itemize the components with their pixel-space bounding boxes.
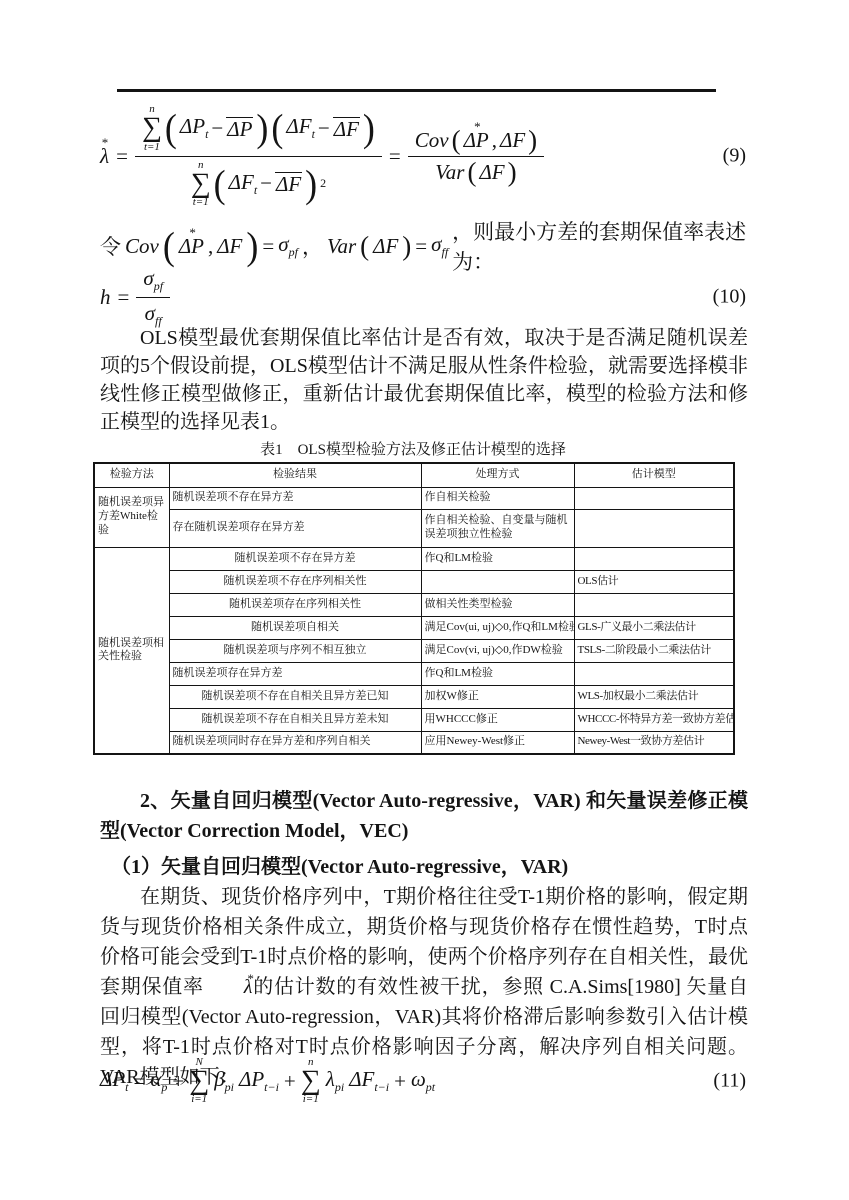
cov-definition-line: 令 Cov ( *ΔP , ΔF ) = σpf ， Var ( ΔF ) = … [100,222,748,270]
equals-sign: = [389,144,401,169]
equation-10: h = σpf σff (10) [100,270,748,324]
mean-overline: ΔP [226,117,253,140]
method-group-1: 随机误差项异方差White检验 [94,487,169,547]
star-mark: * [189,225,196,241]
delta-p-star: *ΔP [464,128,489,153]
minus-sign: − [260,171,272,196]
cov-function: Cov [415,128,449,153]
equals-sign: = [116,144,128,169]
sum-symbol: N∑i=1 [189,1057,209,1106]
subsection-heading-1: （1）矢量自回归模型(Vector Auto-regressive，VAR) [100,852,748,882]
header-result: 检验结果 [169,463,421,487]
fraction-main: n∑t=1 ( ΔPt − ΔP ) ( ΔFt − ΔF ) n∑t=1 ( … [135,103,382,209]
table-row: 随机误差项同时存在异方差和序列自相关 应用Newey-West修正 Newey-… [94,731,734,754]
header-treatment: 处理方式 [421,463,574,487]
fraction-sigma: σpf σff [136,265,170,330]
delta-p-star: *ΔP [179,234,204,259]
star-mark: * [102,135,109,151]
cov-line-text: ，则最小方差的套期保值率表述为： [452,216,748,276]
equation-11: ΔPt = αp + N∑i=1 βpi ΔPt−i + n∑i=1 λpi Δ… [100,1050,748,1112]
table-row: 随机误差项与序列不相互独立 满足Cov(vi, uj)◇0,作DW检验 TSLS… [94,639,734,662]
table-row: 随机误差项自相关 满足Cov(ui, uj)◇0,作Q和LM检验 GLS-广义最… [94,616,734,639]
lambda-star-inline: *λ [204,972,253,1002]
h-variable: h [100,285,111,310]
plus-sign: + [172,1069,184,1094]
minus-sign: − [211,116,223,141]
equals-sign: = [134,1069,146,1094]
equation-number-9: (9) [723,145,746,168]
table-caption: 表1 OLS模型检验方法及修正估计模型的选择 [93,438,733,459]
star-mark: * [207,964,254,994]
header-rule [117,89,716,92]
minus-sign: − [318,116,330,141]
table-header-row: 检验方法 检验结果 处理方式 估计模型 [94,463,734,487]
header-model: 估计模型 [574,463,734,487]
table-row: 随机误差项不存在自相关且异方差已知 加权W修正 WLS-加权最小二乘法估计 [94,685,734,708]
var-function: Var [327,234,356,259]
equals-sign: = [118,285,130,310]
table-row: 随机误差项存在序列相关性 做相关性类型检验 [94,593,734,616]
header-method: 检验方法 [94,463,169,487]
star-mark: * [474,119,481,135]
lambda-star: *λ [100,144,109,169]
table-row: 随机误差项存在异方差 作Q和LM检验 [94,662,734,685]
fraction-cov-var: Cov ( *ΔP , ΔF ) Var ( ΔF ) [408,127,544,186]
equals-sign: = [415,234,427,259]
mean-overline: ΔF [275,172,302,195]
table-row: 随机误差项异方差White检验 随机误差项不存在异方差 作自相关检验 [94,487,734,509]
plus-sign: + [284,1069,296,1094]
squared-exponent: 2 [320,176,326,191]
equation-number-10: (10) [713,286,746,309]
table-row: 随机误差项不存在自相关且异方差未知 用WHCCC修正 WHCCC-怀特异方差一致… [94,708,734,731]
equals-sign: = [262,234,274,259]
section-heading-2: 2、矢量自回归模型(Vector Auto-regressive，VAR) 和矢… [100,786,748,846]
mean-overline: ΔF [333,117,360,140]
cov-function: Cov [125,234,159,259]
table-row: 随机误差项不存在序列相关性 OLS估计 [94,570,734,593]
table-row: 随机误差项相关性检验 随机误差项不存在异方差 作Q和LM检验 [94,547,734,570]
document-page: *λ = n∑t=1 ( ΔPt − ΔP ) ( ΔFt − ΔF ) n∑t… [0,0,849,1200]
sum-symbol: n∑t=1 [191,160,211,209]
sum-symbol: n∑t=1 [142,104,162,153]
equation-number-11: (11) [713,1070,746,1093]
equation-9: *λ = n∑t=1 ( ΔPt − ΔP ) ( ΔFt − ΔF ) n∑t… [100,104,748,208]
table-ols-tests: 检验方法 检验结果 处理方式 估计模型 随机误差项异方差White检验 随机误差… [93,462,735,755]
method-group-2: 随机误差项相关性检验 [94,547,169,754]
table-row: 存在随机误差项存在异方差 作自相关检验、自变量与随机误差项独立性检验 [94,509,734,547]
sum-symbol: n∑i=1 [301,1057,321,1106]
var-function: Var [435,160,464,185]
plus-sign: + [394,1069,406,1094]
paragraph-ols: OLS模型最优套期保值比率估计是否有效，取决于是否满足随机误差项的5个假设前提，… [100,324,748,436]
